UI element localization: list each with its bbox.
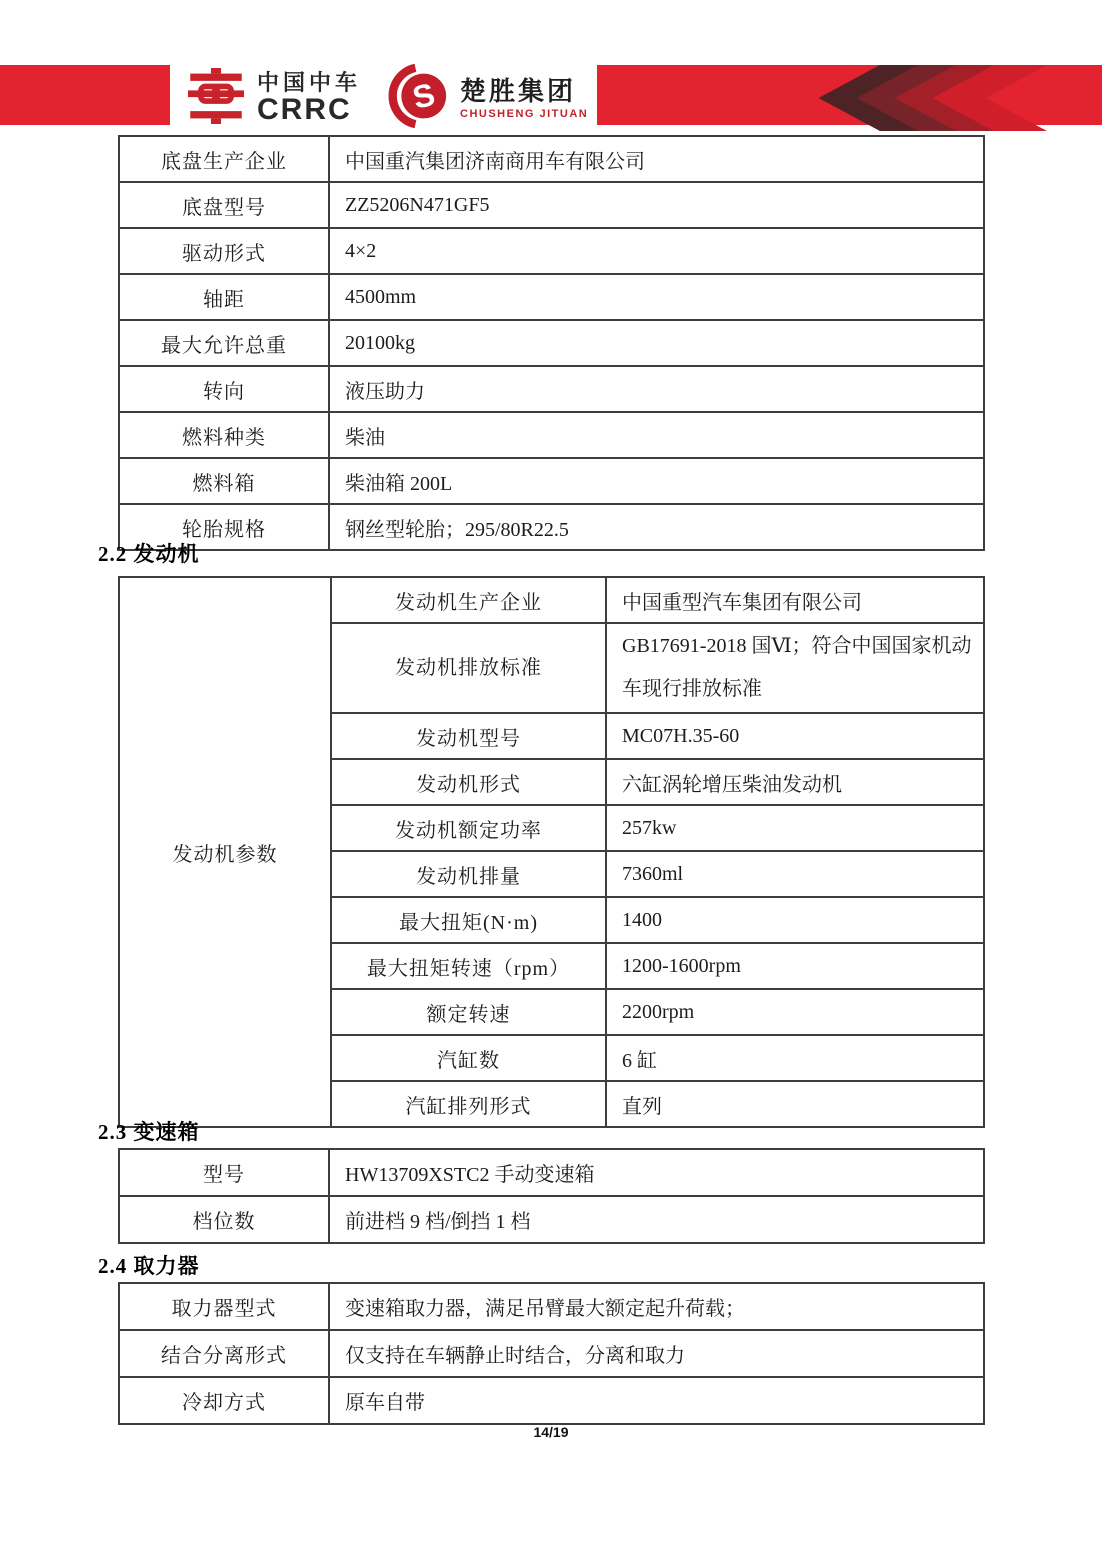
row-label: 发动机排放标准 — [331, 623, 606, 713]
row-value: 柴油 — [329, 412, 984, 458]
table-row: 驱动形式 4×2 — [119, 228, 984, 274]
section-heading-gearbox: 2.3 变速箱 — [98, 1116, 200, 1146]
row-label: 发动机型号 — [331, 713, 606, 759]
table-row: 底盘生产企业 中国重汽集团济南商用车有限公司 — [119, 136, 984, 182]
row-label: 最大扭矩转速（rpm） — [331, 943, 606, 989]
row-value: MC07H.35-60 — [606, 713, 984, 759]
table-row: 轮胎规格 钢丝型轮胎；295/80R22.5 — [119, 504, 984, 550]
header-band-left — [0, 65, 170, 125]
row-label: 额定转速 — [331, 989, 606, 1035]
row-label: 转向 — [119, 366, 329, 412]
row-label: 取力器型式 — [119, 1283, 329, 1330]
row-value: 液压助力 — [329, 366, 984, 412]
row-label: 最大允许总重 — [119, 320, 329, 366]
chusheng-logo: S 楚胜集团 CHUSHENG JITUAN — [386, 64, 588, 133]
engine-group-label: 发动机参数 — [119, 577, 331, 1127]
row-value: 前进档 9 档/倒挡 1 档 — [329, 1196, 984, 1243]
header-band-right — [597, 65, 1102, 125]
row-label: 轴距 — [119, 274, 329, 320]
row-value: 1200-1600rpm — [606, 943, 984, 989]
row-value: ZZ5206N471GF5 — [329, 182, 984, 228]
table-row: 最大允许总重 20100kg — [119, 320, 984, 366]
row-label: 冷却方式 — [119, 1377, 329, 1424]
row-value: 6 缸 — [606, 1035, 984, 1081]
table-row: 冷却方式 原车自带 — [119, 1377, 984, 1424]
engine-spec-table: 发动机参数 发动机生产企业 中国重型汽车集团有限公司 发动机排放标准 GB176… — [118, 576, 985, 1128]
row-label: 驱动形式 — [119, 228, 329, 274]
crrc-logo-text-cn: 中国中车 — [257, 72, 361, 94]
row-value: 7360ml — [606, 851, 984, 897]
row-label: 发动机额定功率 — [331, 805, 606, 851]
row-label: 汽缸数 — [331, 1035, 606, 1081]
crrc-logo-text-en: CRRC — [257, 95, 361, 125]
row-label: 底盘生产企业 — [119, 136, 329, 182]
chusheng-logo-text-cn: 楚胜集团 — [460, 78, 588, 104]
crrc-mark-icon — [188, 68, 244, 129]
row-value: 变速箱取力器，满足吊臂最大额定起升荷载； — [329, 1283, 984, 1330]
document-page: 中国中车 CRRC S 楚胜集团 CHUSHENG JITUAN 底盘生产企业 … — [0, 0, 1102, 1559]
row-value: 4×2 — [329, 228, 984, 274]
row-label: 型号 — [119, 1149, 329, 1196]
table-row: 转向 液压助力 — [119, 366, 984, 412]
row-label: 最大扭矩(N·m) — [331, 897, 606, 943]
row-label: 发动机生产企业 — [331, 577, 606, 623]
row-value: 钢丝型轮胎；295/80R22.5 — [329, 504, 984, 550]
table-row: 档位数 前进档 9 档/倒挡 1 档 — [119, 1196, 984, 1243]
chusheng-logo-text-en: CHUSHENG JITUAN — [460, 109, 588, 120]
row-value: 直列 — [606, 1081, 984, 1127]
row-label: 发动机形式 — [331, 759, 606, 805]
chassis-spec-table: 底盘生产企业 中国重汽集团济南商用车有限公司 底盘型号 ZZ5206N471GF… — [118, 135, 985, 551]
page-number: 14/19 — [0, 1424, 1102, 1440]
pto-spec-table: 取力器型式 变速箱取力器，满足吊臂最大额定起升荷载； 结合分离形式 仅支持在车辆… — [118, 1282, 985, 1425]
row-value: 原车自带 — [329, 1377, 984, 1424]
row-label: 汽缸排列形式 — [331, 1081, 606, 1127]
table-row: 燃料箱 柴油箱 200L — [119, 458, 984, 504]
row-value: HW13709XSTC2 手动变速箱 — [329, 1149, 984, 1196]
row-label: 燃料箱 — [119, 458, 329, 504]
section-heading-pto: 2.4 取力器 — [98, 1250, 200, 1280]
row-value: GB17691-2018 国Ⅵ；符合中国国家机动车现行排放标准 — [606, 623, 984, 713]
row-value: 4500mm — [329, 274, 984, 320]
table-row: 燃料种类 柴油 — [119, 412, 984, 458]
row-label: 发动机排量 — [331, 851, 606, 897]
chusheng-mark-icon: S — [386, 64, 450, 133]
row-label: 燃料种类 — [119, 412, 329, 458]
row-value: 中国重型汽车集团有限公司 — [606, 577, 984, 623]
table-row: 结合分离形式 仅支持在车辆静止时结合，分离和取力 — [119, 1330, 984, 1377]
table-row: 取力器型式 变速箱取力器，满足吊臂最大额定起升荷载； — [119, 1283, 984, 1330]
crrc-logo: 中国中车 CRRC — [188, 68, 361, 129]
row-value: 仅支持在车辆静止时结合，分离和取力 — [329, 1330, 984, 1377]
row-value: 257kw — [606, 805, 984, 851]
row-label: 底盘型号 — [119, 182, 329, 228]
gearbox-spec-table: 型号 HW13709XSTC2 手动变速箱 档位数 前进档 9 档/倒挡 1 档 — [118, 1148, 985, 1244]
row-label: 档位数 — [119, 1196, 329, 1243]
row-value: 柴油箱 200L — [329, 458, 984, 504]
section-heading-engine: 2.2 发动机 — [98, 538, 200, 568]
table-row: 底盘型号 ZZ5206N471GF5 — [119, 182, 984, 228]
row-value: 中国重汽集团济南商用车有限公司 — [329, 136, 984, 182]
table-row: 型号 HW13709XSTC2 手动变速箱 — [119, 1149, 984, 1196]
table-row: 轴距 4500mm — [119, 274, 984, 320]
row-label: 结合分离形式 — [119, 1330, 329, 1377]
row-value: 20100kg — [329, 320, 984, 366]
row-value: 1400 — [606, 897, 984, 943]
table-row: 发动机参数 发动机生产企业 中国重型汽车集团有限公司 — [119, 577, 984, 623]
row-value: 六缸涡轮增压柴油发动机 — [606, 759, 984, 805]
row-value: 2200rpm — [606, 989, 984, 1035]
